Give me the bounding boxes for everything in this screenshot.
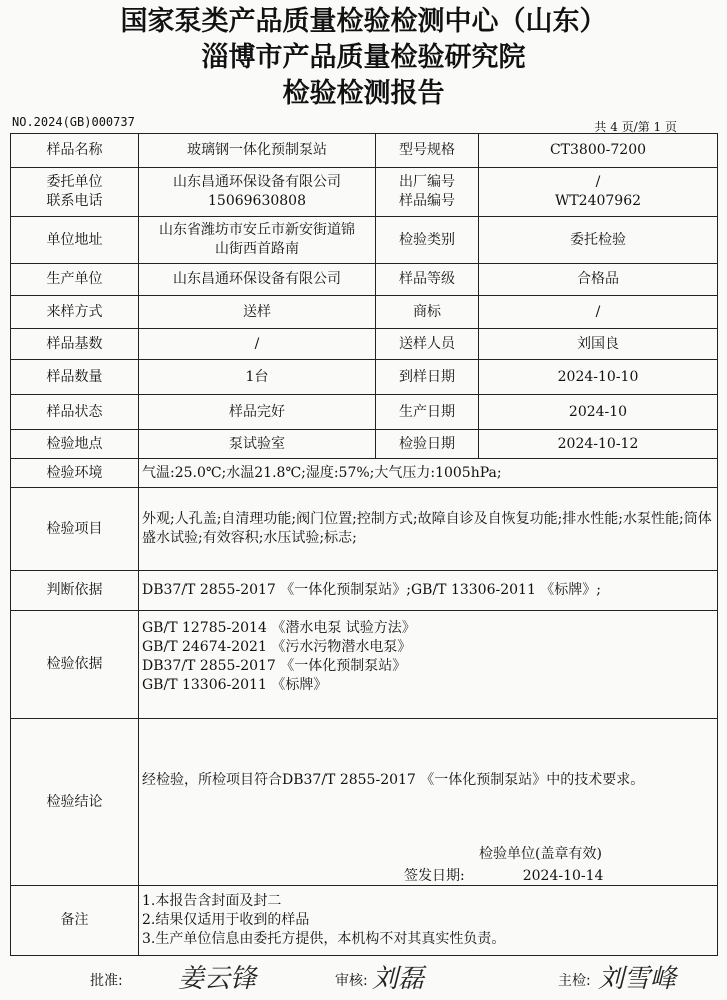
value-cell: 玻璃钢一体化预制泵站 (139, 134, 376, 168)
issue-date-value: 2024-10-14 (523, 868, 604, 884)
label-cell: 检验环境 (11, 459, 139, 488)
title-line-1: 国家泵类产品质量检验检测中心（山东） (0, 4, 727, 40)
label-cell: 来样方式 (11, 296, 139, 329)
value-text: 山东省潍坊市安丘市新安街道锦 (142, 221, 372, 240)
value-cell: 2024-10-12 (479, 430, 718, 459)
value-cell: / (479, 296, 718, 329)
table-row: 样品名称 玻璃钢一体化预制泵站 型号规格 CT3800-7200 (11, 134, 718, 168)
value-text: 15069630808 (142, 192, 372, 211)
label-cell: 判断依据 (11, 571, 139, 611)
standard-line: GB/T 12785-2014 《潜水电泵 试验方法》 (142, 619, 714, 638)
label-cell: 检验结论 (11, 719, 139, 886)
label-cell: 送样人员 (376, 329, 479, 360)
review-signature: 刘磊 (372, 958, 424, 995)
table-row: 样品状态 样品完好 生产日期 2024-10 (11, 395, 718, 430)
table-row: 备注 1.本报告含封面及封二 2.结果仅适用于收到的样品 3.生产单位信息由委托… (11, 886, 718, 956)
table-row: 检验结论 经检验，所检项目符合DB37/T 2855-2017 《一体化预制泵站… (11, 719, 718, 886)
table-row: 检验地点 泵试验室 检验日期 2024-10-12 (11, 430, 718, 459)
label-cell: 样品等级 (376, 264, 479, 296)
remark-line: 3.生产单位信息由委托方提供，本机构不对其真实性负责。 (142, 930, 714, 949)
label-cell: 委托单位联系电话 (11, 168, 139, 217)
value-text: / (482, 173, 714, 192)
label-cell: 生产日期 (376, 395, 479, 430)
report-number: NO.2024(GB)000737 (12, 115, 135, 129)
value-cell: 2024-10-10 (479, 360, 718, 395)
label-cell: 备注 (11, 886, 139, 956)
report-table: 样品名称 玻璃钢一体化预制泵站 型号规格 CT3800-7200 委托单位联系电… (10, 133, 718, 956)
value-cell: CT3800-7200 (479, 134, 718, 168)
label-cell: 样品状态 (11, 395, 139, 430)
value-cell: 气温:25.0℃;水温21.8℃;湿度:57%;大气压力:1005hPa; (139, 459, 718, 488)
label-cell: 检验依据 (11, 611, 139, 719)
value-cell: 委托检验 (479, 217, 718, 264)
label-cell: 检验项目 (11, 488, 139, 571)
label-cell: 检验类别 (376, 217, 479, 264)
conclusion-text: 经检验，所检项目符合DB37/T 2855-2017 《一体化预制泵站》中的技术… (142, 771, 644, 790)
stamp-note: 检验单位(盖章有效) (479, 845, 602, 864)
standard-line: GB/T 13306-2011 《标牌》 (142, 676, 714, 695)
label-cell: 到样日期 (376, 360, 479, 395)
approve-signature: 姜云锋 (178, 958, 256, 995)
table-row: 生产单位 山东昌通环保设备有限公司 样品等级 合格品 (11, 264, 718, 296)
value-cell: 山东昌通环保设备有限公司 (139, 264, 376, 296)
value-cell: 外观;人孔盖;自清理功能;阀门位置;控制方式;故障自诊及自恢复功能;排水性能;水… (139, 488, 718, 571)
review-label: 审核: (335, 970, 368, 990)
value-cell: 2024-10 (479, 395, 718, 430)
report-header: 国家泵类产品质量检验检测中心（山东） 淄博市产品质量检验研究院 检验检测报告 (0, 4, 727, 112)
label-cell: 生产单位 (11, 264, 139, 296)
inspector-label: 主检: (558, 970, 591, 990)
value-cell: /WT2407962 (479, 168, 718, 217)
value-text: 山东昌通环保设备有限公司 (142, 173, 372, 192)
value-cell: 经检验，所检项目符合DB37/T 2855-2017 《一体化预制泵站》中的技术… (139, 719, 718, 886)
value-text: 山街西首路南 (142, 240, 372, 259)
label-text: 委托单位 (14, 173, 135, 192)
standard-line: DB37/T 2855-2017 《一体化预制泵站》 (142, 657, 714, 676)
label-text: 样品编号 (379, 192, 475, 211)
value-cell: 泵试验室 (139, 430, 376, 459)
label-cell: 样品数量 (11, 360, 139, 395)
value-cell: 1台 (139, 360, 376, 395)
label-cell: 型号规格 (376, 134, 479, 168)
label-text: 联系电话 (14, 192, 135, 211)
label-cell: 样品基数 (11, 329, 139, 360)
remark-line: 1.本报告含封面及封二 (142, 892, 714, 911)
table-row: 样品数量 1台 到样日期 2024-10-10 (11, 360, 718, 395)
label-cell: 商标 (376, 296, 479, 329)
table-row: 委托单位联系电话 山东昌通环保设备有限公司15069630808 出厂编号样品编… (11, 168, 718, 217)
table-row: 检验环境 气温:25.0℃;水温21.8℃;湿度:57%;大气压力:1005hP… (11, 459, 718, 488)
title-line-2: 淄博市产品质量检验研究院 (0, 40, 727, 76)
remark-line: 2.结果仅适用于收到的样品 (142, 911, 714, 930)
value-cell: 山东省潍坊市安丘市新安街道锦山街西首路南 (139, 217, 376, 264)
label-cell: 单位地址 (11, 217, 139, 264)
table-row: 判断依据 DB37/T 2855-2017 《一体化预制泵站》;GB/T 133… (11, 571, 718, 611)
value-cell: 刘国良 (479, 329, 718, 360)
value-cell: GB/T 12785-2014 《潜水电泵 试验方法》 GB/T 24674-2… (139, 611, 718, 719)
value-cell: 送样 (139, 296, 376, 329)
value-cell: 山东昌通环保设备有限公司15069630808 (139, 168, 376, 217)
table-row: 样品基数 / 送样人员 刘国良 (11, 329, 718, 360)
table-row: 检验项目 外观;人孔盖;自清理功能;阀门位置;控制方式;故障自诊及自恢复功能;排… (11, 488, 718, 571)
table-row: 检验依据 GB/T 12785-2014 《潜水电泵 试验方法》 GB/T 24… (11, 611, 718, 719)
value-cell: 合格品 (479, 264, 718, 296)
signature-row: 批准: 姜云锋 审核: 刘磊 主检: 刘雪峰 (0, 958, 727, 998)
inspector-signature: 刘雪峰 (598, 958, 676, 995)
issue-date: 签发日期:2024-10-14 (404, 867, 603, 886)
approve-label: 批准: (90, 970, 123, 990)
value-text: WT2407962 (482, 192, 714, 211)
value-cell: DB37/T 2855-2017 《一体化预制泵站》;GB/T 13306-20… (139, 571, 718, 611)
label-cell: 检验地点 (11, 430, 139, 459)
table-row: 来样方式 送样 商标 / (11, 296, 718, 329)
label-cell: 样品名称 (11, 134, 139, 168)
issue-date-label: 签发日期: (404, 868, 465, 884)
value-cell: / (139, 329, 376, 360)
label-cell: 检验日期 (376, 430, 479, 459)
label-text: 出厂编号 (379, 173, 475, 192)
value-cell: 1.本报告含封面及封二 2.结果仅适用于收到的样品 3.生产单位信息由委托方提供… (139, 886, 718, 956)
title-line-3: 检验检测报告 (0, 76, 727, 112)
value-cell: 样品完好 (139, 395, 376, 430)
table-row: 单位地址 山东省潍坊市安丘市新安街道锦山街西首路南 检验类别 委托检验 (11, 217, 718, 264)
standard-line: GB/T 24674-2021 《污水污物潜水电泵》 (142, 638, 714, 657)
label-cell: 出厂编号样品编号 (376, 168, 479, 217)
